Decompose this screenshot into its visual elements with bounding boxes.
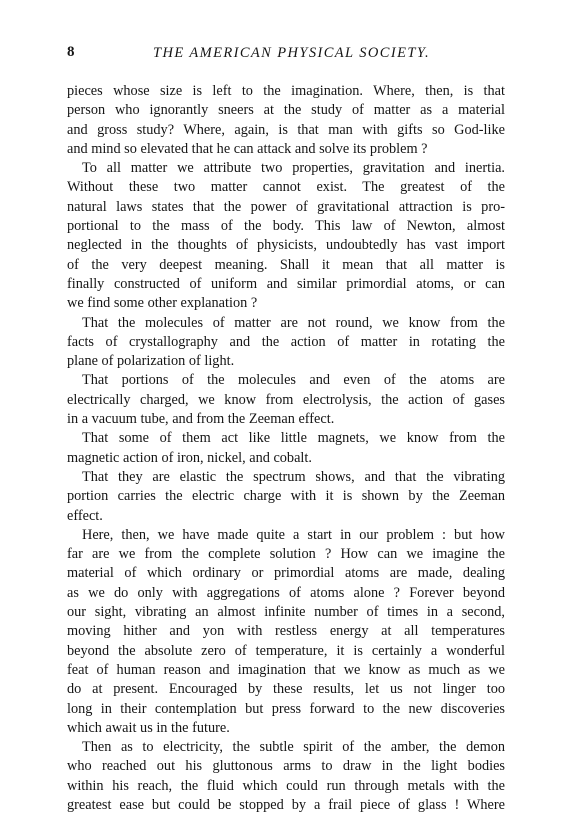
text-line: That they are elastic the spectrum shows… bbox=[67, 468, 505, 487]
text-line: and mind so elevated that he can attack … bbox=[67, 140, 505, 159]
text-line: portional to the mass of the body. This … bbox=[67, 217, 505, 236]
paragraph: pieces whose size is left to the imagina… bbox=[67, 82, 505, 159]
text-line: greatest ease but could be stopped by a … bbox=[67, 796, 505, 815]
paragraph: Then as to electricity, the subtle spiri… bbox=[67, 738, 505, 815]
text-line: beyond the absolute zero of temperature,… bbox=[67, 642, 505, 661]
text-line: feat of human reason and imagination tha… bbox=[67, 661, 505, 680]
paragraph: Here, then, we have made quite a start i… bbox=[67, 526, 505, 738]
text-line: in a vacuum tube, and from the Zeeman ef… bbox=[67, 410, 505, 429]
text-line: Here, then, we have made quite a start i… bbox=[67, 526, 505, 545]
paragraph: That some of them act like little magnet… bbox=[67, 429, 505, 468]
text-line: person who ignorantly sneers at the stud… bbox=[67, 101, 505, 120]
text-line: magnetic action of iron, nickel, and cob… bbox=[67, 449, 505, 468]
paragraph: That the molecules of matter are not rou… bbox=[67, 314, 505, 372]
text-line: our sight, vibrating an almost infinite … bbox=[67, 603, 505, 622]
text-line: facts of crystallography and the action … bbox=[67, 333, 505, 352]
text-line: material of which ordinary or primordial… bbox=[67, 564, 505, 583]
text-line: Without these two matter cannot exist. T… bbox=[67, 178, 505, 197]
book-page: 8 THE AMERICAN PHYSICAL SOCIETY. pieces … bbox=[67, 44, 505, 815]
text-line: of the very deepest meaning. Shall it me… bbox=[67, 256, 505, 275]
text-line: far are we from the complete solution ? … bbox=[67, 545, 505, 564]
page-number: 8 bbox=[67, 44, 75, 61]
running-title: THE AMERICAN PHYSICAL SOCIETY. bbox=[153, 45, 430, 62]
text-line: long in their contemplation but press fo… bbox=[67, 700, 505, 719]
page-body: pieces whose size is left to the imagina… bbox=[67, 82, 505, 815]
text-line: do at present. Encouraged by these resul… bbox=[67, 680, 505, 699]
text-line: neglected in the thoughts of physicists,… bbox=[67, 236, 505, 255]
paragraph: That they are elastic the spectrum shows… bbox=[67, 468, 505, 526]
text-line: moving hither and yon with restless ener… bbox=[67, 622, 505, 641]
text-line: pieces whose size is left to the imagina… bbox=[67, 82, 505, 101]
page-header: 8 THE AMERICAN PHYSICAL SOCIETY. bbox=[67, 44, 505, 66]
text-line: as we do only with aggregations of atoms… bbox=[67, 584, 505, 603]
text-line: Then as to electricity, the subtle spiri… bbox=[67, 738, 505, 757]
text-line: effect. bbox=[67, 507, 505, 526]
text-line: natural laws states that the power of gr… bbox=[67, 198, 505, 217]
text-line: who reached out his gluttonous arms to d… bbox=[67, 757, 505, 776]
text-line: portion carries the electric charge with… bbox=[67, 487, 505, 506]
text-line: To all matter we attribute two propertie… bbox=[67, 159, 505, 178]
text-line: we find some other explanation ? bbox=[67, 294, 505, 313]
text-line: electrically charged, we know from elect… bbox=[67, 391, 505, 410]
text-line: That some of them act like little magnet… bbox=[67, 429, 505, 448]
text-line: which await us in the future. bbox=[67, 719, 505, 738]
text-line: finally constructed of uniform and simil… bbox=[67, 275, 505, 294]
text-line: That portions of the molecules and even … bbox=[67, 371, 505, 390]
text-line: and gross study? Where, again, is that m… bbox=[67, 121, 505, 140]
text-line: plane of polarization of light. bbox=[67, 352, 505, 371]
paragraph: To all matter we attribute two propertie… bbox=[67, 159, 505, 313]
text-line: That the molecules of matter are not rou… bbox=[67, 314, 505, 333]
text-line: within his reach, the fluid which could … bbox=[67, 777, 505, 796]
paragraph: That portions of the molecules and even … bbox=[67, 371, 505, 429]
